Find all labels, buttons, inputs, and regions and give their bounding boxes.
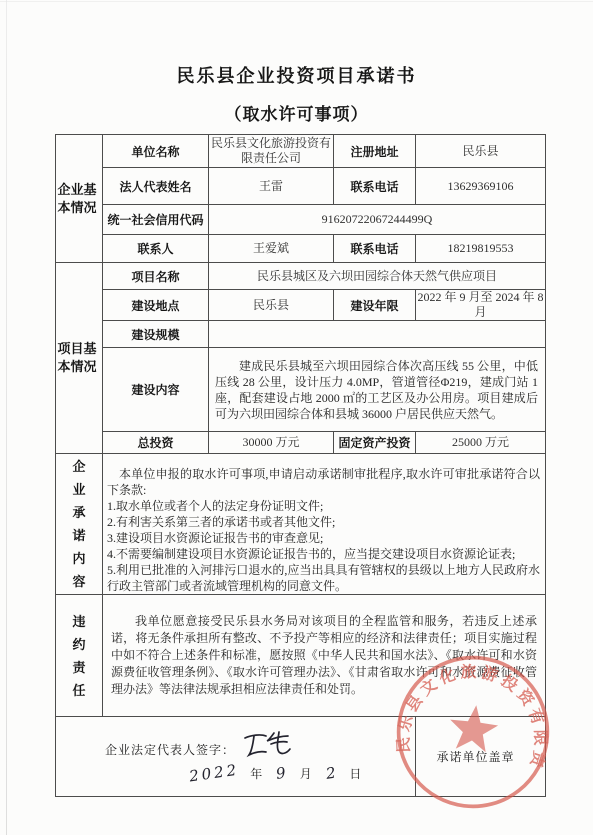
commitment-item: 5.利用已批准的入河排污口退水的,应当出具具有管辖权的县级以上地方人民政府水行政… [103, 562, 545, 594]
section-enterprise-label: 企业基本情况 [58, 181, 101, 217]
section-project-info: 项目基本情况 [56, 263, 103, 454]
row-contact: 联系人 王爱斌 联系电话 18219819553 [56, 235, 546, 263]
reg-address-label: 注册地址 [334, 135, 416, 168]
legal-rep-value: 王雷 [209, 168, 334, 205]
location-value: 民乐县 [209, 290, 334, 321]
project-name-label: 项目名称 [103, 263, 209, 290]
commitment-item: 4.不需要编制建设项目水资源论证报告书的，应当提交建设项目水资源论证表; [103, 546, 545, 562]
document-subtitle: （取水许可事项） [0, 100, 593, 125]
row-unit-name: 企业基本情况 单位名称 民乐县文化旅游投资有限责任公司 注册地址 民乐县 [56, 135, 546, 168]
content-value: 建成民乐县城至六坝田园综合体次高压线 55 公里，中低压线 28 公里，设计压力… [209, 358, 545, 422]
fixed-investment-value: 25000 万元 [416, 432, 546, 454]
commitment-item: 3.建设项目水资源论证报告书的审查意见; [103, 530, 545, 546]
commitment-form-table: 企业基本情况 单位名称 民乐县文化旅游投资有限责任公司 注册地址 民乐县 法人代… [55, 134, 546, 797]
commitment-cell: 本单位申报的取水许可事项,申请启动承诺制审批程序,取水许可审批承诺符合以下条款:… [103, 454, 546, 595]
phone1-value: 13629369106 [416, 168, 546, 205]
document-title: 民乐县企业投资项目承诺书 [0, 0, 593, 88]
legal-rep-label: 法人代表姓名 [103, 168, 209, 205]
row-project-name: 项目基本情况 项目名称 民乐县城区及六坝田园综合体天然气供应项目 [56, 263, 546, 290]
signature-date-month: 9 [275, 763, 290, 783]
signature-cell: 企业法定代表人签字： 2022 年 9 月 [56, 717, 416, 797]
contact-value: 王爱斌 [209, 235, 334, 263]
section-enterprise-info: 企业基本情况 [56, 135, 103, 263]
seal-cell: 承诺单位盖章 [416, 717, 546, 797]
date-month-unit: 月 [300, 767, 315, 781]
content-label: 建设内容 [103, 348, 209, 432]
row-location: 建设地点 民乐县 建设年限 2022 年 9 月至 2024 年 8 月 [56, 290, 546, 321]
investment-label: 总投资 [103, 432, 209, 454]
signature-label: 企业法定代表人签字： [105, 743, 235, 757]
phone2-label: 联系电话 [334, 235, 416, 263]
scale-label: 建设规模 [103, 321, 209, 348]
phone1-label: 联系电话 [334, 168, 416, 205]
row-commitment: 企业承诺内容 本单位申报的取水许可事项,申请启动承诺制审批程序,取水许可审批承诺… [56, 454, 546, 595]
commitment-item: 2.有利害关系第三者的承诺书或者其他文件; [103, 514, 545, 530]
section-liability-label: 违约责任 [72, 610, 87, 702]
row-signature: 企业法定代表人签字： 2022 年 9 月 [56, 717, 546, 797]
period-label: 建设年限 [334, 290, 416, 321]
unit-name-value: 民乐县文化旅游投资有限责任公司 [209, 135, 334, 168]
section-liability: 违约责任 [56, 595, 103, 717]
liability-text: 我单位愿意接受民乐县水务局对该项目的全程监管和服务，若违反上述承诺，将无条件承担… [103, 613, 545, 698]
credit-code-value: 91620722067244499Q [209, 205, 546, 235]
row-liability: 违约责任 我单位愿意接受民乐县水务局对该项目的全程监管和服务，若违反上述承诺，将… [56, 595, 546, 717]
signature-date-day: 2 [325, 763, 340, 783]
fixed-investment-label: 固定资产投资 [334, 432, 416, 454]
section-commitment-label: 企业承诺内容 [72, 455, 87, 593]
row-scale: 建设规模 [56, 321, 546, 348]
scan-edge-artifact [6, 0, 7, 835]
commitment-intro: 本单位申报的取水许可事项,申请启动承诺制审批程序,取水许可审批承诺符合以下条款: [103, 466, 545, 498]
reg-address-value: 民乐县 [416, 135, 546, 168]
period-value: 2022 年 9 月至 2024 年 8 月 [416, 290, 546, 321]
content-cell: 建成民乐县城至六坝田园综合体次高压线 55 公里，中低压线 28 公里，设计压力… [209, 348, 546, 432]
commitment-item: 1.取水单位或者个人的法定身份证明文件; [103, 498, 545, 514]
date-year-unit: 年 [250, 767, 265, 781]
seal-caption: 承诺单位盖章 [416, 748, 545, 765]
liability-cell: 我单位愿意接受民乐县水务局对该项目的全程监管和服务，若违反上述承诺，将无条件承担… [103, 595, 546, 717]
handwritten-signature [241, 728, 295, 762]
scale-value [209, 321, 546, 348]
row-legal-rep: 法人代表姓名 王雷 联系电话 13629369106 [56, 168, 546, 205]
section-project-label: 项目基本情况 [58, 340, 101, 376]
scan-edge-artifact [0, 1, 593, 2]
section-commitment: 企业承诺内容 [56, 454, 103, 595]
contact-label: 联系人 [103, 235, 209, 263]
location-label: 建设地点 [103, 290, 209, 321]
row-content: 建设内容 建成民乐县城至六坝田园综合体次高压线 55 公里，中低压线 28 公里… [56, 348, 546, 432]
signature-date-year: 2022 [188, 760, 240, 785]
row-investment: 总投资 30000 万元 固定资产投资 25000 万元 [56, 432, 546, 454]
unit-name-label: 单位名称 [103, 135, 209, 168]
date-day-unit: 日 [349, 767, 364, 781]
row-credit-code: 统一社会信用代码 91620722067244499Q [56, 205, 546, 235]
scanned-document-page: 民乐县企业投资项目承诺书 （取水许可事项） 企业基本情况 单位名称 民乐县文化旅… [0, 0, 593, 835]
project-name-value: 民乐县城区及六坝田园综合体天然气供应项目 [209, 263, 546, 290]
investment-value: 30000 万元 [209, 432, 334, 454]
phone2-value: 18219819553 [416, 235, 546, 263]
credit-code-label: 统一社会信用代码 [103, 205, 209, 235]
